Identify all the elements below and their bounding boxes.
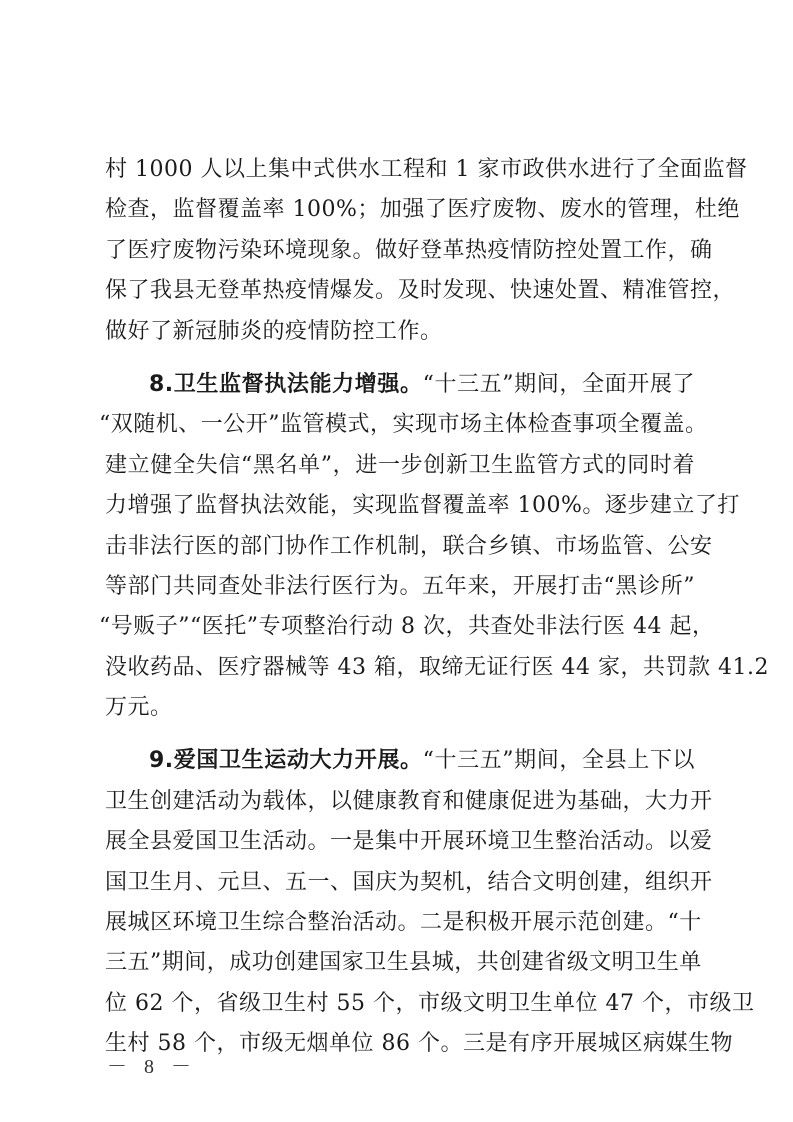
text-line: 保了我县无登革热疫情爆发。及时发现、快速处置、精准管控， <box>105 271 695 311</box>
section-8-heading: 8.卫生监督执法能力增强。 <box>149 372 423 397</box>
section-8-first-line: 8.卫生监督执法能力增强。“十三五”期间，全面开展了 <box>105 365 695 405</box>
text-line: “号贩子”“医托”专项整治行动 8 次，共查处非法行医 44 起， <box>99 607 695 647</box>
text-line: 万元。 <box>105 688 695 728</box>
paragraph-spacer <box>105 728 695 741</box>
page-number: － 8 － <box>107 1050 197 1079</box>
text-line: 等部门共同查处非法行医行为。五年来，开展打击“黑诊所” <box>105 567 695 607</box>
paragraph-water-supply-supervision: 村 1000 人以上集中式供水工程和 1 家市政供水进行了全面监督 检查，监督覆… <box>105 150 695 352</box>
text-line: 力增强了监督执法效能，实现监督覆盖率 100%。逐步建立了打 <box>105 486 695 526</box>
text-line: “双随机、一公开”监管模式，实现市场主体检查事项全覆盖。 <box>99 405 695 445</box>
paragraph-section-9: 9.爱国卫生运动大力开展。“十三五”期间，全县上下以 卫生创建活动为载体，以健康… <box>105 741 695 1064</box>
document-body: 村 1000 人以上集中式供水工程和 1 家市政供水进行了全面监督 检查，监督覆… <box>105 150 695 1065</box>
text-line: 国卫生月、元旦、五一、国庆为契机，结合文明创建，组织开 <box>105 863 695 903</box>
text-line: 做好了新冠肺炎的疫情防控工作。 <box>105 312 695 352</box>
section-9-heading: 9.爱国卫生运动大力开展。 <box>149 748 423 773</box>
paragraph-section-8: 8.卫生监督执法能力增强。“十三五”期间，全面开展了 “双随机、一公开”监管模式… <box>105 365 695 729</box>
section-8-first-line-text: “十三五”期间，全面开展了 <box>423 372 695 397</box>
text-line: 展城区环境卫生综合整治活动。二是积极开展示范创建。“十 <box>105 903 695 943</box>
paragraph-spacer <box>105 352 695 365</box>
text-line: 没收药品、医疗器械等 43 箱，取缔无证行医 44 家，共罚款 41.2 <box>105 648 695 688</box>
document-page: 村 1000 人以上集中式供水工程和 1 家市政供水进行了全面监督 检查，监督覆… <box>0 0 793 1122</box>
text-line: 展全县爱国卫生活动。一是集中开展环境卫生整治活动。以爱 <box>105 822 695 862</box>
text-line: 位 62 个，省级卫生村 55 个，市级文明卫生单位 47 个，市级卫 <box>105 984 695 1024</box>
text-line: 了医疗废物污染环境现象。做好登革热疫情防控处置工作，确 <box>105 231 695 271</box>
section-9-first-line-text: “十三五”期间，全县上下以 <box>423 748 695 773</box>
text-line: 三五”期间，成功创建国家卫生县城，共创建省级文明卫生单 <box>105 943 695 983</box>
section-9-first-line: 9.爱国卫生运动大力开展。“十三五”期间，全县上下以 <box>105 741 695 781</box>
text-line: 卫生创建活动为载体，以健康教育和健康促进为基础，大力开 <box>105 782 695 822</box>
text-line: 击非法行医的部门协作工作机制，联合乡镇、市场监管、公安 <box>105 527 695 567</box>
text-line: 建立健全失信“黑名单”，进一步创新卫生监管方式的同时着 <box>105 446 695 486</box>
text-line: 村 1000 人以上集中式供水工程和 1 家市政供水进行了全面监督 <box>105 150 695 190</box>
text-line: 检查，监督覆盖率 100%；加强了医疗废物、废水的管理，杜绝 <box>105 190 695 230</box>
